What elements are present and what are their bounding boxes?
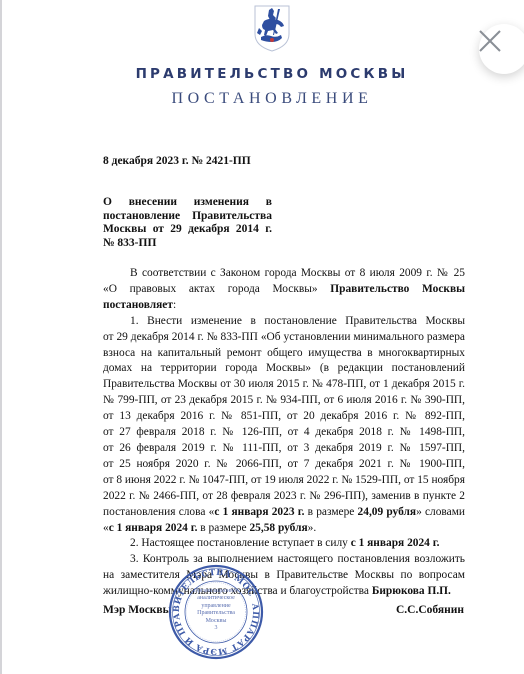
subject-line: Москвы от 29 декабря 2014 г. [103,223,272,237]
document-date-number: 8 декабря 2023 г. № 2421-ПП [103,155,251,167]
item1-line: от 25 ноября 2020 г. № 2066-ПП, от 7 дек… [103,457,465,473]
subject-line: О внесении изменения в [103,196,272,210]
document-page: ПРАВИТЕЛЬСТВО МОСКВЫ ПОСТАНОВЛЕНИЕ 8 дек… [0,0,524,674]
stamp-inner-text: Организационно- аналитическое управление… [188,588,244,632]
subject-line: постановление Правительства [103,210,272,224]
item1-line: № 799-ПП, от 23 декабря 2015 г. № 934-ПП… [103,393,465,409]
item3-line: 3. Контроль за выполнением настоящего по… [103,552,465,568]
document-body: В соответствии с Законом города Москвы о… [103,266,465,600]
item1-line: от 8 июня 2022 г. № 1047-ПП, от 19 июля … [103,473,465,489]
item2-line: 2. Настоящее постановление вступает в си… [103,536,465,552]
subject-line: № 833-ПП [103,237,272,251]
item3-line: на заместителя Мэра Москвы в Правительст… [103,568,465,584]
moscow-coat-of-arms-icon [252,4,292,52]
item1-line: от 27 февраля 2018 г. № 126-ПП, от 4 дек… [103,425,465,441]
item1-line: Правительства Москвы от 30 июля 2015 г. … [103,377,465,393]
close-button[interactable] [479,24,524,74]
item1-line: домах на территории города Москвы» (в ре… [103,361,465,377]
document-subject: О внесении изменения в постановление Пра… [103,196,272,250]
signatory-name: С.С.Собянин [396,604,464,616]
signatory-position: Мэр Москвы [103,604,172,616]
preamble-line: постановляет: [103,298,465,314]
government-title: ПРАВИТЕЛЬСТВО МОСКВЫ [0,66,524,82]
document-type: ПОСТАНОВЛЕНИЕ [0,90,524,108]
item1-line: от 26 февраля 2019 г. № 111-ПП, от 3 дек… [103,441,465,457]
item1-replace-line: постановления слова «с 1 января 2023 г. … [103,505,465,521]
item1-line: 1. Внести изменение в постановление Прав… [103,314,465,330]
preamble-line: В соответствии с Законом города Москвы о… [103,266,465,282]
item1-line: взноса на капитальный ремонт общего имущ… [103,346,465,362]
item1-line: 2022 г. № 2466-ПП, от 28 февраля 2023 г.… [103,489,465,505]
close-x-icon [479,30,501,52]
preamble-line: «О правовых актах города Москвы» Правите… [103,282,465,298]
item1-final-line: «с 1 января 2024 г. в размере 25,58 рубл… [103,521,465,537]
item3-line: жилищно-коммунального хозяйства и благоу… [103,584,465,600]
item1-line: от 13 декабря 2016 г. № 851-ПП, от 20 де… [103,409,465,425]
item1-line: от 29 декабря 2014 г. № 833-ПП «Об устан… [103,330,465,346]
